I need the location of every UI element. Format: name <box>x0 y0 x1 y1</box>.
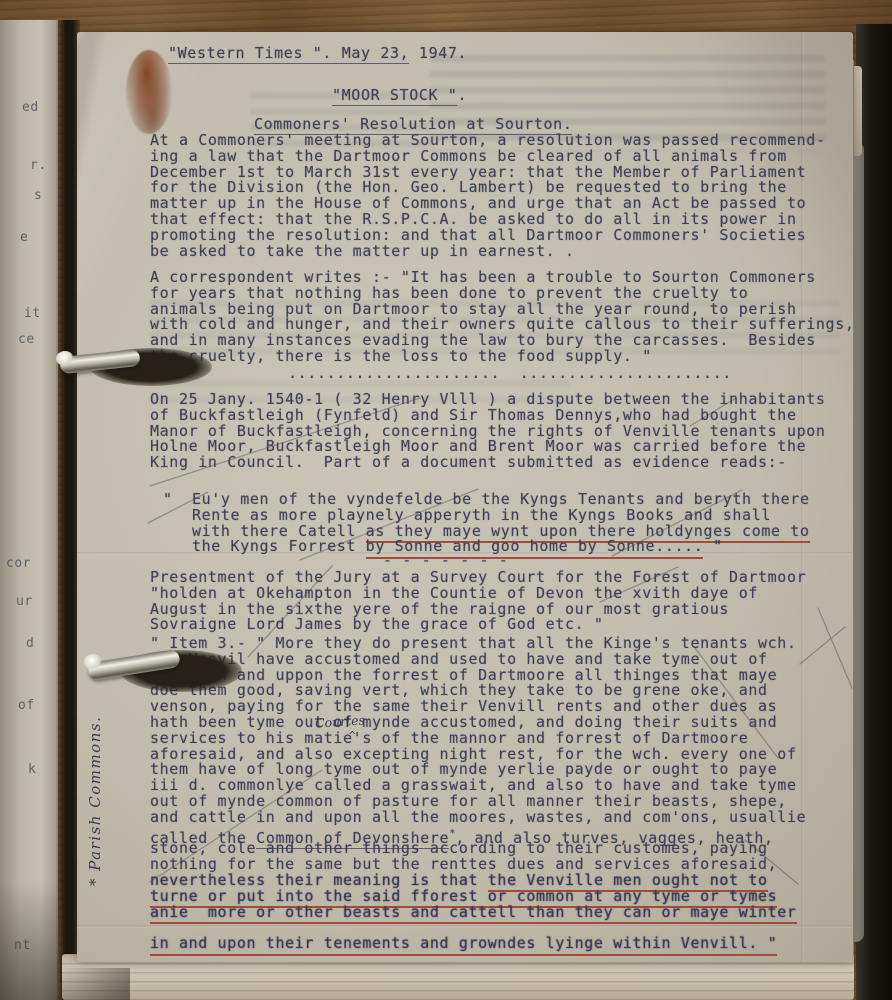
page-edge-text-fragment: cor <box>6 556 31 571</box>
page-edge-text-fragment: ce <box>18 332 35 347</box>
page-edge-text-fragment: ed <box>22 100 39 115</box>
page-edge-text-fragment: d <box>26 636 34 651</box>
page-edge-text-fragment: e <box>20 230 28 245</box>
pen-stroke-marks <box>0 0 892 1000</box>
page-edge-text-fragment: ur <box>16 594 33 609</box>
page-edge-text-fragment: k <box>28 762 36 777</box>
photo-typed-page-in-binder: "Western Times ". May 23, 1947."MOOR STO… <box>0 0 892 1000</box>
page-edge-text-fragment: it <box>24 306 41 321</box>
pin-highlight <box>84 654 102 670</box>
page-edge-text-fragment: r. <box>30 158 47 173</box>
page-edge-text-fragment: of <box>18 698 35 713</box>
pin-highlight <box>56 351 74 366</box>
binder-post-top <box>58 342 188 390</box>
page-edge-text-fragment: nt <box>14 938 31 953</box>
page-edge-text-fragment: s <box>34 188 42 203</box>
insertion-caret: ^ <box>349 729 356 742</box>
binder-post-bottom <box>86 640 216 698</box>
handwritten-margin-note: * Parish Commons. <box>86 716 104 886</box>
